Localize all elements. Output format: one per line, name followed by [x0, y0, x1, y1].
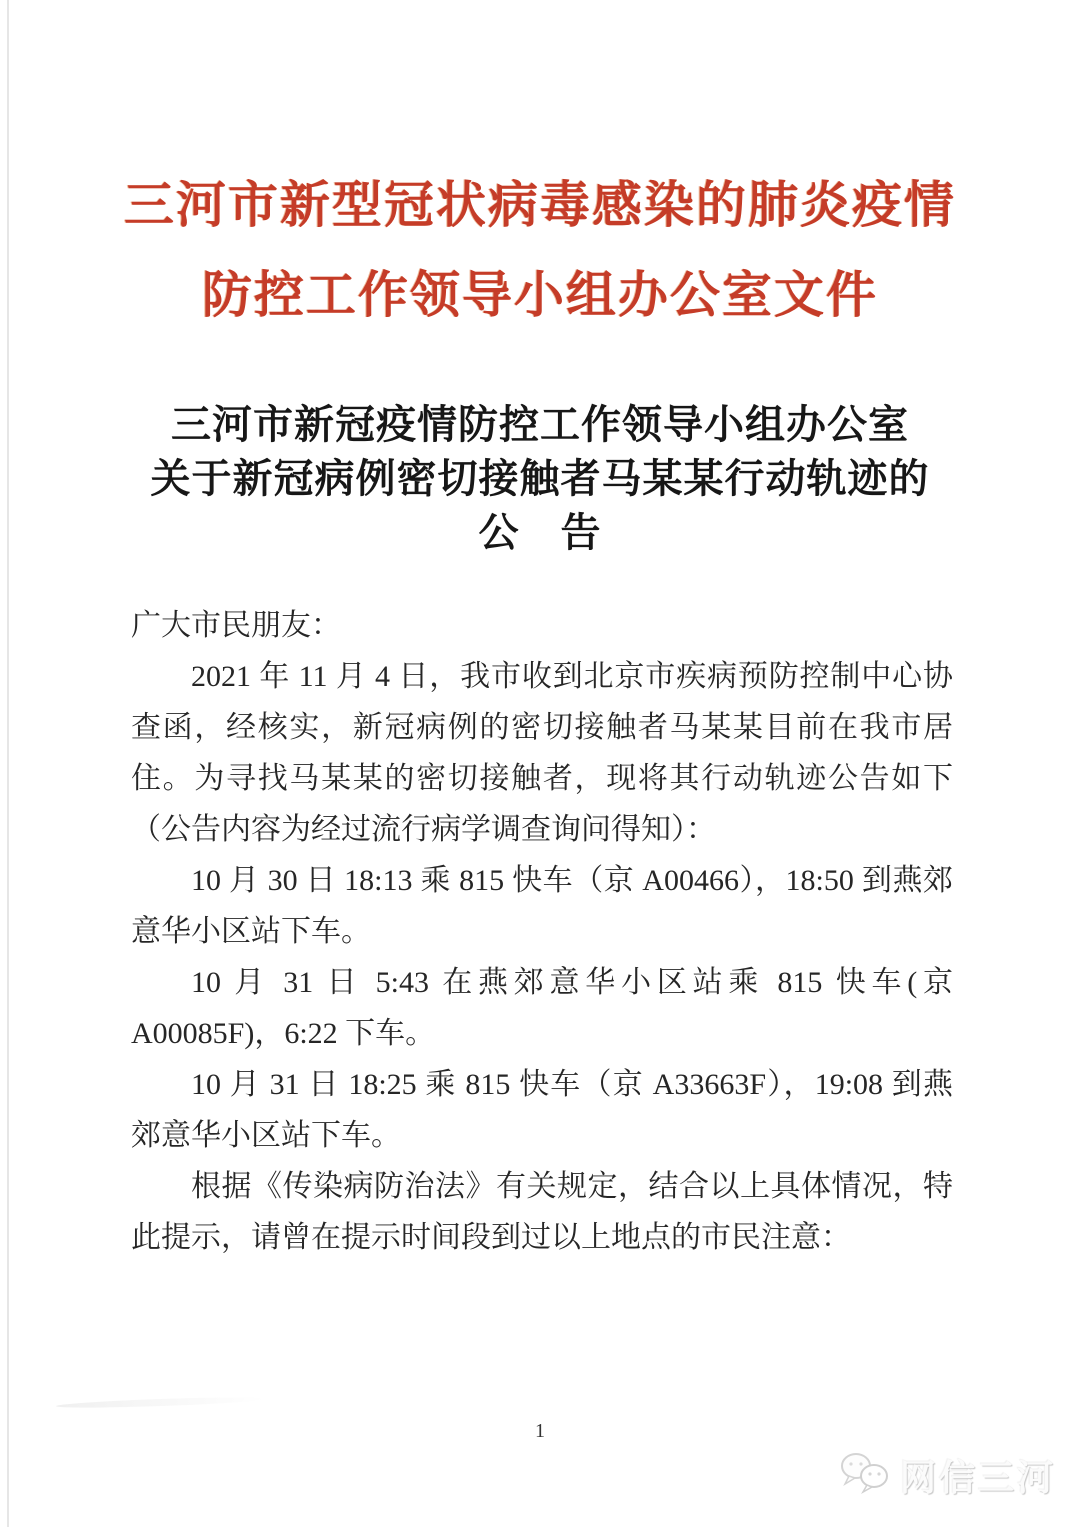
body-paragraph: 根据《传染病防治法》有关规定，结合以上具体情况，特此提示，请曾在提示时间段到过以… — [131, 1161, 953, 1263]
body-paragraph: 2021 年 11 月 4 日，我市收到北京市疾病预防控制中心协查函，经核实，新… — [131, 651, 953, 855]
salutation: 广大市民朋友： — [131, 600, 953, 651]
document-title-line2: 关于新冠病例密切接触者马某某行动轨迹的 — [0, 452, 1080, 506]
letterhead-line2: 防控工作领导小组办公室文件 — [0, 250, 1080, 340]
wechat-icon — [840, 1451, 892, 1500]
document-title: 三河市新冠疫情防控工作领导小组办公室 关于新冠病例密切接触者马某某行动轨迹的 公… — [0, 398, 1080, 560]
watermark: 网信三河 — [840, 1450, 1056, 1501]
document-page: 三河市新型冠状病毒感染的肺炎疫情 防控工作领导小组办公室文件 三河市新冠疫情防控… — [0, 0, 1080, 1527]
red-divider-rule — [121, 347, 951, 356]
document-title-line1: 三河市新冠疫情防控工作领导小组办公室 — [0, 398, 1080, 452]
body-paragraph: 10 月 30 日 18:13 乘 815 快车（京 A00466），18:50… — [131, 855, 953, 957]
body-paragraph: 10 月 31 日 5:43 在燕郊意华小区站乘 815 快车(京 A00085… — [131, 957, 953, 1059]
document-title-line3: 公 告 — [0, 506, 1080, 560]
body-paragraph: 10 月 31 日 18:25 乘 815 快车（京 A33663F），19:0… — [131, 1059, 953, 1161]
document-body: 广大市民朋友： 2021 年 11 月 4 日，我市收到北京市疾病预防控制中心协… — [131, 600, 953, 1263]
letterhead: 三河市新型冠状病毒感染的肺炎疫情 防控工作领导小组办公室文件 — [0, 160, 1080, 340]
letterhead-line1: 三河市新型冠状病毒感染的肺炎疫情 — [0, 160, 1080, 250]
page-number: 1 — [0, 1420, 1080, 1443]
watermark-text: 网信三河 — [900, 1450, 1056, 1501]
scan-smudge-artifact — [56, 1395, 266, 1409]
